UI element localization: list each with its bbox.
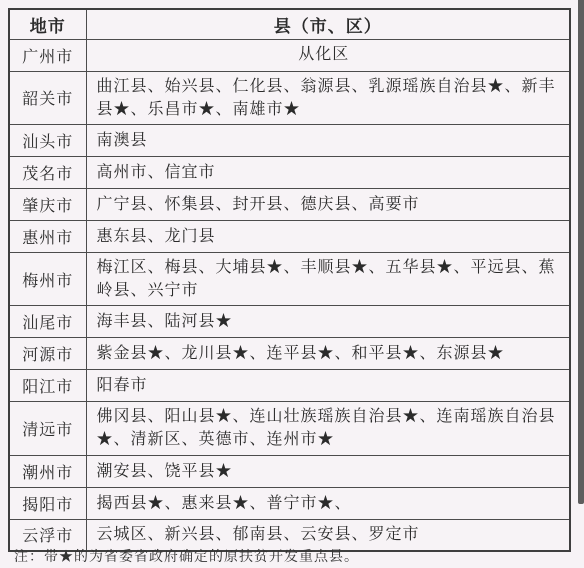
table-row: 茂名市 高州市、信宜市 — [9, 156, 570, 188]
table-row: 潮州市 潮安县、饶平县★ — [9, 455, 570, 487]
table-row: 梅州市 梅江区、梅县、大埔县★、丰顺县★、五华县★、平远县、蕉岭县、兴宁市 — [9, 252, 570, 305]
city-cell: 河源市 — [9, 338, 86, 370]
right-edge-strip — [578, 0, 584, 504]
table-row: 汕尾市 海丰县、陆河县★ — [9, 306, 570, 338]
city-cell: 潮州市 — [9, 455, 86, 487]
table-row: 韶关市 曲江县、始兴县、仁化县、翁源县、乳源瑶族自治县★、新丰县★、乐昌市★、南… — [9, 71, 570, 124]
city-cell: 清远市 — [9, 402, 86, 455]
city-cell: 惠州市 — [9, 220, 86, 252]
counties-cell: 广宁县、怀集县、封开县、德庆县、高要市 — [86, 188, 570, 220]
counties-cell: 南澳县 — [86, 124, 570, 156]
city-cell: 韶关市 — [9, 71, 86, 124]
counties-cell: 从化区 — [86, 39, 570, 71]
table-body: 广州市 从化区 韶关市 曲江县、始兴县、仁化县、翁源县、乳源瑶族自治县★、新丰县… — [9, 39, 570, 551]
city-cell: 汕尾市 — [9, 306, 86, 338]
city-cell: 肇庆市 — [9, 188, 86, 220]
city-cell: 汕头市 — [9, 124, 86, 156]
city-cell: 阳江市 — [9, 370, 86, 402]
table-row: 广州市 从化区 — [9, 39, 570, 71]
counties-cell: 海丰县、陆河县★ — [86, 306, 570, 338]
counties-cell: 紫金县★、龙川县★、连平县★、和平县★、东源县★ — [86, 338, 570, 370]
city-county-table: 地市 县（市、区） 广州市 从化区 韶关市 曲江县、始兴县、仁化县、翁源县、乳源… — [8, 8, 571, 552]
footnote: 注：带★的为省委省政府确定的原扶贫开发重点县。 — [14, 546, 359, 566]
city-cell: 揭阳市 — [9, 487, 86, 519]
header-counties: 县（市、区） — [86, 9, 570, 39]
counties-cell: 佛冈县、阳山县★、连山壮族瑶族自治县★、连南瑶族自治县★、清新区、英德市、连州市… — [86, 402, 570, 455]
counties-cell: 梅江区、梅县、大埔县★、丰顺县★、五华县★、平远县、蕉岭县、兴宁市 — [86, 252, 570, 305]
city-cell: 梅州市 — [9, 252, 86, 305]
city-cell: 广州市 — [9, 39, 86, 71]
table-row: 揭阳市 揭西县★、惠来县★、普宁市★、 — [9, 487, 570, 519]
document-page: 地市 县（市、区） 广州市 从化区 韶关市 曲江县、始兴县、仁化县、翁源县、乳源… — [0, 0, 584, 568]
counties-cell: 高州市、信宜市 — [86, 156, 570, 188]
counties-cell: 曲江县、始兴县、仁化县、翁源县、乳源瑶族自治县★、新丰县★、乐昌市★、南雄市★ — [86, 71, 570, 124]
counties-cell: 阳春市 — [86, 370, 570, 402]
counties-cell: 惠东县、龙门县 — [86, 220, 570, 252]
table-row: 河源市 紫金县★、龙川县★、连平县★、和平县★、东源县★ — [9, 338, 570, 370]
header-city: 地市 — [9, 9, 86, 39]
table-row: 肇庆市 广宁县、怀集县、封开县、德庆县、高要市 — [9, 188, 570, 220]
table-row: 阳江市 阳春市 — [9, 370, 570, 402]
table-row: 清远市 佛冈县、阳山县★、连山壮族瑶族自治县★、连南瑶族自治县★、清新区、英德市… — [9, 402, 570, 455]
counties-cell: 揭西县★、惠来县★、普宁市★、 — [86, 487, 570, 519]
table-row: 汕头市 南澳县 — [9, 124, 570, 156]
header-row: 地市 县（市、区） — [9, 9, 570, 39]
city-cell: 茂名市 — [9, 156, 86, 188]
table-row: 惠州市 惠东县、龙门县 — [9, 220, 570, 252]
counties-cell: 潮安县、饶平县★ — [86, 455, 570, 487]
table-header: 地市 县（市、区） — [9, 9, 570, 39]
